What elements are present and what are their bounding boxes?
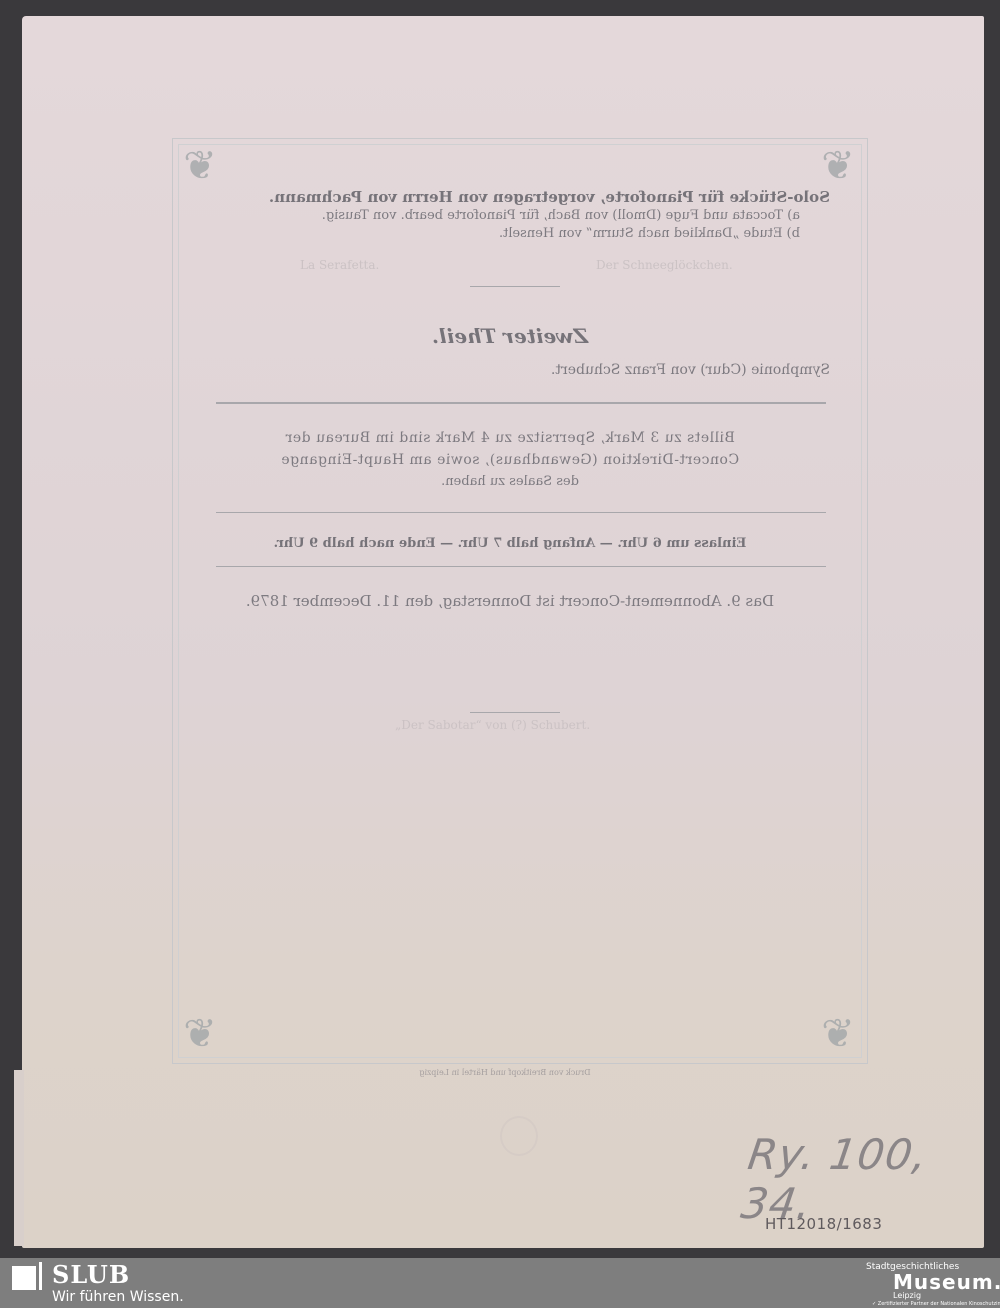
solo-item-a: a) Toccata und Fuge (Dmoll) von Bach, fü… xyxy=(200,208,830,223)
corner-ornament-icon: ❦ xyxy=(810,1006,866,1062)
handwritten-inventory-number: HT12018/1683 xyxy=(765,1215,882,1233)
museum-certification: ✓ Zertifizierter Partner der Nationalen … xyxy=(872,1301,1000,1307)
blind-stamp xyxy=(500,1116,538,1156)
divider xyxy=(216,566,826,567)
paper-torn-edge xyxy=(14,1070,24,1246)
slub-brand[interactable]: SLUB xyxy=(52,1260,130,1289)
divider xyxy=(216,402,826,404)
printer-imprint: Druck von Breitkopf und Härtel in Leipzi… xyxy=(390,1068,620,1077)
footer-bar: SLUB Wir führen Wissen. Stadtgeschichtli… xyxy=(0,1258,1000,1308)
bleed-through-right-title: Der Schneeglöckchen. xyxy=(596,258,733,272)
corner-ornament-icon: ❦ xyxy=(172,1006,228,1062)
divider xyxy=(216,512,826,513)
handwritten-shelfmark: Ry. 100, 34. xyxy=(738,1130,1000,1228)
slub-book-logo-icon xyxy=(12,1266,36,1290)
symphony-item: Symphonie (Cdur) von Franz Schubert. xyxy=(200,362,844,378)
tickets-line-1: Billets zu 3 Mark, Sperrsitze zu 4 Mark … xyxy=(200,430,820,446)
tickets-line-3: des Saales zu haben. xyxy=(200,474,820,489)
museum-city: Leipzig xyxy=(893,1291,921,1300)
bleed-through-left-title: La Serafetta. xyxy=(300,258,379,272)
divider-short xyxy=(470,712,560,713)
next-concert-notice: Das 9. Abonnement-Concert ist Donnerstag… xyxy=(200,592,820,610)
corner-ornament-icon: ❦ xyxy=(172,138,228,194)
tickets-line-2: Concert-Direktion (Gewandhaus), sowie am… xyxy=(200,452,820,468)
admission-times: Einlass um 6 Uhr. — Anfang halb 7 Uhr. —… xyxy=(200,536,820,551)
divider-short xyxy=(470,286,560,287)
bleed-through-poem-title: „Der Sabotar“ von (?) Schubert. xyxy=(395,718,590,732)
second-part-heading: Zweiter Theil. xyxy=(200,324,820,348)
solo-item-b: b) Etude „Danklied nach Sturm“ von Hense… xyxy=(200,226,830,241)
solo-pieces-heading: Solo-Stücke für Pianoforte, vorgetragen … xyxy=(200,188,844,206)
corner-ornament-icon: ❦ xyxy=(810,138,866,194)
slub-tagline: Wir führen Wissen. xyxy=(52,1289,184,1305)
